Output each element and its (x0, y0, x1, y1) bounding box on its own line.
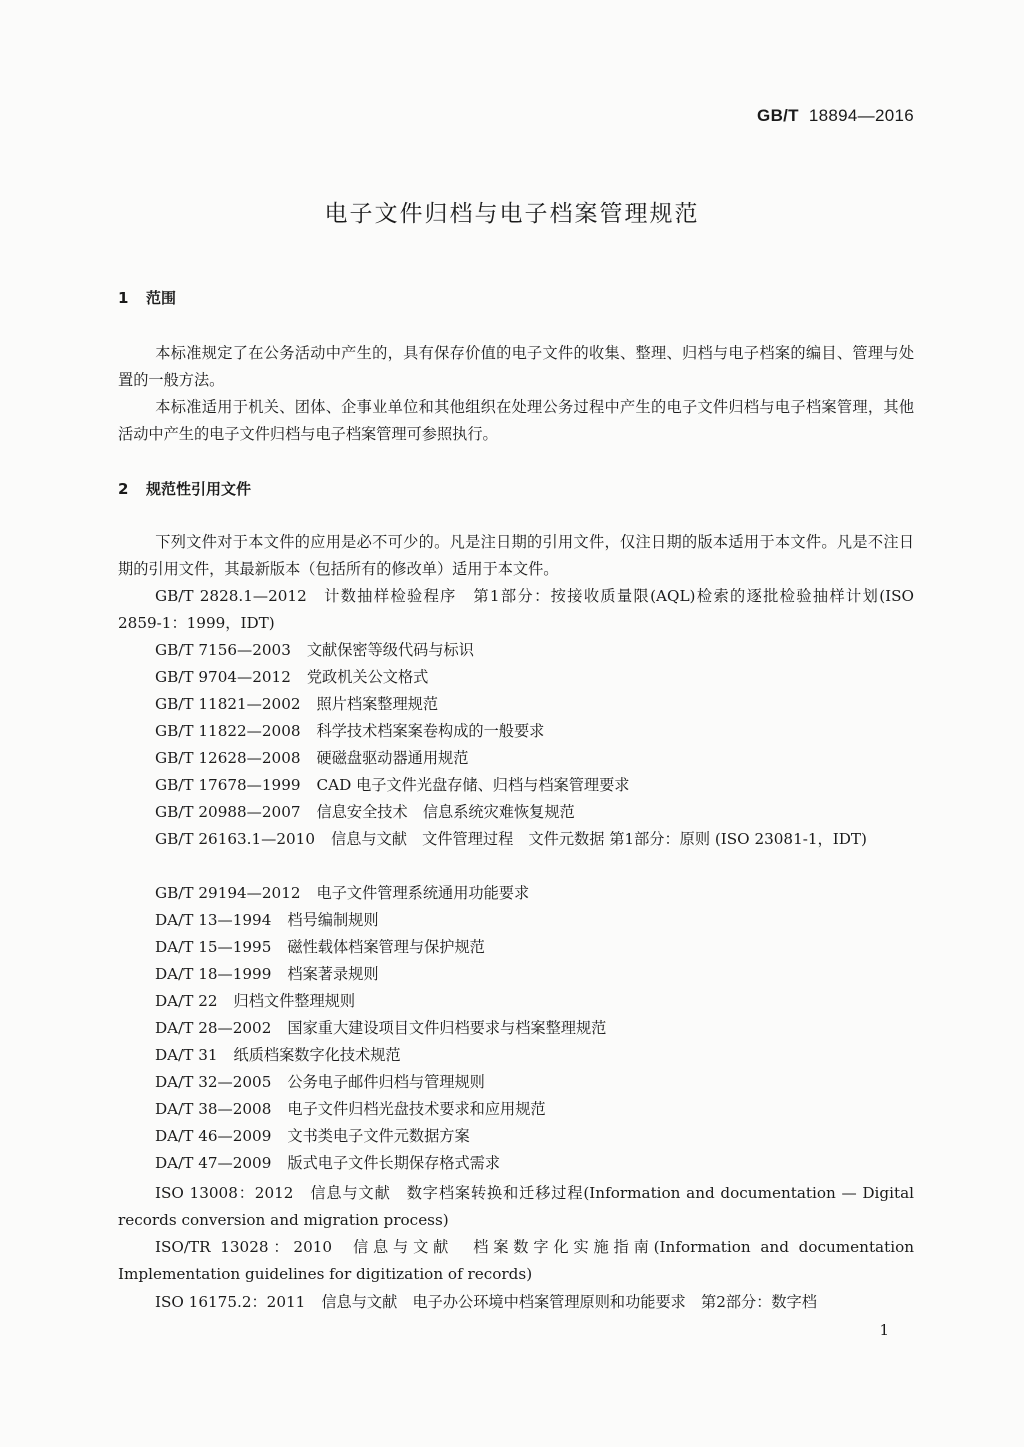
document-title: 电子文件归档与电子档案管理规范 (0, 195, 1024, 228)
section-number: 1 (118, 289, 146, 307)
reference-title: 文书类电子文件元数据方案 (287, 1127, 469, 1145)
reference-item: GB/T 11822—2008科学技术档案案卷构成的一般要求 (155, 718, 544, 745)
reference-title: 电子文件归档光盘技术要求和应用规范 (287, 1100, 545, 1118)
reference-item: DA/T 46—2009文书类电子文件元数据方案 (155, 1123, 470, 1150)
reference-item: DA/T 15—1995磁性载体档案管理与保护规范 (155, 934, 485, 961)
reference-item: DA/T 32—2005公务电子邮件归档与管理规则 (155, 1069, 485, 1096)
reference-code: GB/T 29194—2012 (155, 880, 301, 907)
reference-code: DA/T 47—2009 (155, 1150, 271, 1177)
reference-title: 电子文件管理系统通用功能要求 (317, 884, 530, 902)
reference-item: DA/T 22归档文件整理规则 (155, 988, 355, 1015)
reference-title: 党政机关公文格式 (307, 668, 429, 686)
reference-item: GB/T 26163.1—2010信息与文献 文件管理过程 文件元数据 第1部分… (118, 826, 914, 853)
reference-title: 版式电子文件长期保存格式需求 (287, 1154, 500, 1172)
reference-title: 档号编制规则 (287, 911, 378, 929)
reference-code: GB/T 11822—2008 (155, 718, 301, 745)
reference-code: GB/T 2828.1—2012 (155, 587, 307, 605)
reference-code: DA/T 28—2002 (155, 1015, 271, 1042)
reference-code: DA/T 31 (155, 1042, 218, 1069)
section-2-heading: 2规范性引用文件 (118, 478, 251, 499)
reference-title: 公务电子邮件归档与管理规则 (287, 1073, 484, 1091)
reference-title: 信息与文献 文件管理过程 文件元数据 第1部分：原则 (ISO 23081-1，… (331, 830, 867, 848)
reference-code: ISO 13008：2012 (155, 1184, 293, 1202)
reference-code: DA/T 46—2009 (155, 1123, 271, 1150)
reference-code: DA/T 38—2008 (155, 1096, 271, 1123)
reference-code: DA/T 22 (155, 988, 218, 1015)
reference-title: 文献保密等级代码与标识 (307, 641, 474, 659)
reference-item: GB/T 11821—2002照片档案整理规范 (155, 691, 438, 718)
reference-code: ISO/TR 13028：2010 (155, 1238, 332, 1256)
reference-title: 信息与文献 电子办公环境中档案管理原则和功能要求 第2部分：数字档 (321, 1293, 817, 1311)
reference-code: GB/T 12628—2008 (155, 745, 301, 772)
reference-code: GB/T 26163.1—2010 (155, 830, 315, 848)
reference-title: 纸质档案数字化技术规范 (234, 1046, 401, 1064)
normative-intro-paragraph: 下列文件对于本文件的应用是必不可少的。凡是注日期的引用文件，仅注日期的版本适用于… (118, 529, 914, 583)
reference-code: DA/T 18—1999 (155, 961, 271, 988)
page-number: 1 (879, 1321, 889, 1339)
reference-item: ISO 13008：2012信息与文献 数字档案转换和迁移过程(Informat… (118, 1180, 914, 1234)
section-number: 2 (118, 480, 146, 498)
reference-title: 档案著录规则 (287, 965, 378, 983)
reference-title: 磁性载体档案管理与保护规范 (287, 938, 484, 956)
reference-item: DA/T 38—2008电子文件归档光盘技术要求和应用规范 (155, 1096, 546, 1123)
reference-code: GB/T 7156—2003 (155, 637, 291, 664)
reference-item: GB/T 17678—1999CAD 电子文件光盘存储、归档与档案管理要求 (155, 772, 630, 799)
reference-item: DA/T 31纸质档案数字化技术规范 (155, 1042, 401, 1069)
standard-prefix: GB/T (757, 106, 799, 125)
reference-code: GB/T 17678—1999 (155, 772, 301, 799)
reference-item: ISO/TR 13028：2010信息与文献 档案数字化实施指南(Informa… (118, 1234, 914, 1288)
section-title: 范围 (146, 289, 176, 307)
reference-item: DA/T 47—2009版式电子文件长期保存格式需求 (155, 1150, 500, 1177)
section-title: 规范性引用文件 (146, 480, 251, 498)
reference-item: GB/T 7156—2003文献保密等级代码与标识 (155, 637, 474, 664)
reference-code: GB/T 9704—2012 (155, 664, 291, 691)
reference-item: GB/T 9704—2012党政机关公文格式 (155, 664, 428, 691)
standard-number-header: GB/T 18894—2016 (757, 106, 914, 126)
reference-item: DA/T 28—2002国家重大建设项目文件归档要求与档案整理规范 (155, 1015, 606, 1042)
reference-title: 科学技术档案案卷构成的一般要求 (317, 722, 545, 740)
reference-item: DA/T 18—1999档案著录规则 (155, 961, 379, 988)
scope-paragraph-1: 本标准规定了在公务活动中产生的，具有保存价值的电子文件的收集、整理、归档与电子档… (118, 340, 914, 394)
reference-code: DA/T 32—2005 (155, 1069, 271, 1096)
reference-code: DA/T 13—1994 (155, 907, 271, 934)
reference-title: 国家重大建设项目文件归档要求与档案整理规范 (287, 1019, 606, 1037)
reference-code: ISO 16175.2：2011 (155, 1289, 305, 1316)
reference-item: GB/T 12628—2008硬磁盘驱动器通用规范 (155, 745, 468, 772)
standard-code: 18894—2016 (809, 106, 914, 125)
reference-code: GB/T 11821—2002 (155, 691, 301, 718)
reference-title: 硬磁盘驱动器通用规范 (317, 749, 469, 767)
reference-item: ISO 16175.2：2011信息与文献 电子办公环境中档案管理原则和功能要求… (155, 1289, 817, 1316)
reference-item: DA/T 13—1994档号编制规则 (155, 907, 379, 934)
reference-code: GB/T 20988—2007 (155, 799, 301, 826)
reference-title: 信息安全技术 信息系统灾难恢复规范 (317, 803, 575, 821)
reference-item: GB/T 20988—2007信息安全技术 信息系统灾难恢复规范 (155, 799, 575, 826)
section-1-heading: 1范围 (118, 287, 176, 308)
reference-item: GB/T 29194—2012电子文件管理系统通用功能要求 (155, 880, 529, 907)
document-page: GB/T 18894—2016 电子文件归档与电子档案管理规范 1范围 本标准规… (0, 0, 1024, 1447)
reference-title: 归档文件整理规则 (234, 992, 356, 1010)
reference-item: GB/T 2828.1—2012计数抽样检验程序 第1部分：按接收质量限(AQL… (118, 583, 914, 637)
reference-title: CAD 电子文件光盘存储、归档与档案管理要求 (317, 776, 630, 794)
reference-title: 照片档案整理规范 (317, 695, 439, 713)
scope-paragraph-2: 本标准适用于机关、团体、企事业单位和其他组织在处理公务过程中产生的电子文件归档与… (118, 394, 914, 448)
reference-code: DA/T 15—1995 (155, 934, 271, 961)
